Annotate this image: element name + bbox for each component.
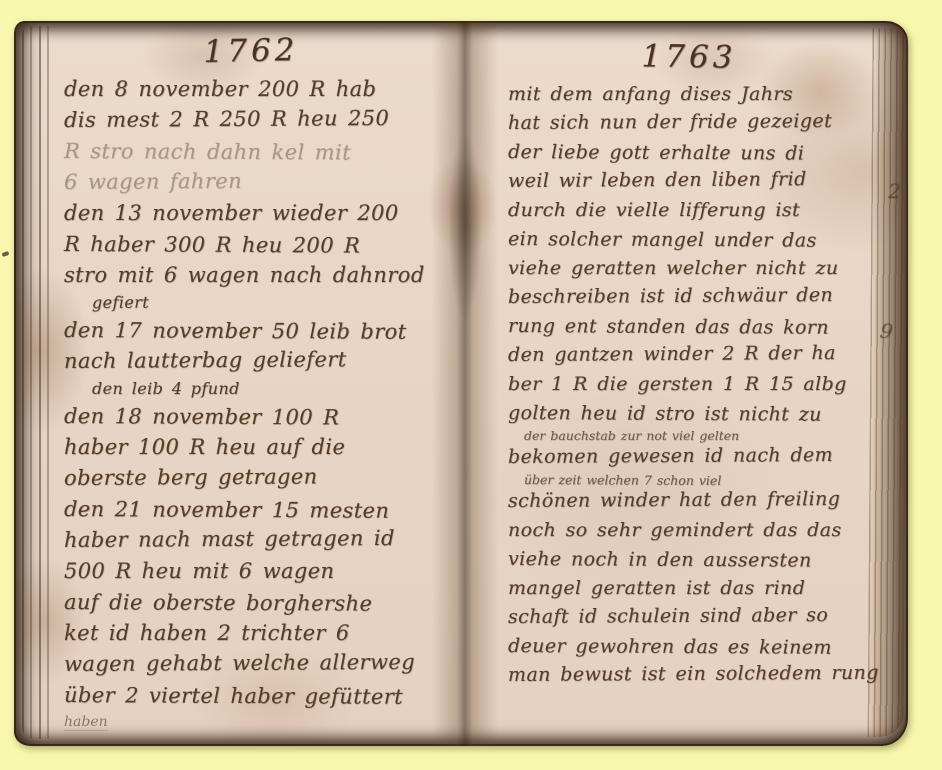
manuscript-line: weil wir leben den liben frid	[508, 165, 884, 196]
manuscript-book: 1762 den 8 november 200 R habdis mest 2 …	[14, 21, 908, 746]
manuscript-line: golten heu id stro ist nicht zu	[508, 399, 884, 430]
manuscript-line: bekomen gewesen id nach dem	[508, 441, 884, 472]
manuscript-line: mangel geratten ist das rind	[508, 574, 884, 603]
manuscript-line: hat sich nun der fride gezeiget	[508, 107, 884, 138]
manuscript-line: ein solcher mangel under das	[508, 225, 884, 256]
manuscript-line: schaft id schulein sind aber so	[508, 601, 884, 632]
manuscript-line: noch so sehr gemindert das das	[508, 516, 884, 545]
margin-mark-2: 2	[888, 179, 901, 203]
manuscript-line: 500 R heu mit 6 wagen	[64, 556, 452, 587]
left-page-text: den 8 november 200 R habdis mest 2 R 250…	[50, 74, 452, 711]
manuscript-line: den leib 4 pfund	[92, 377, 452, 401]
manuscript-line: R haber 300 R heu 200 R	[64, 229, 452, 262]
manuscript-line: den 13 november wieder 200	[64, 198, 452, 229]
manuscript-line: schönen winder hat den freiling	[508, 485, 884, 516]
right-page-text: mit dem anfang dises Jahrshat sich nun d…	[494, 80, 884, 690]
left-year-heading: 1762	[50, 29, 453, 73]
stray-ink-mark	[2, 251, 10, 257]
manuscript-line: nach lautterbag geliefert	[64, 344, 452, 377]
manuscript-line: über 2 viertel haber gefüttert	[64, 680, 452, 713]
manuscript-line: viehe noch in den aussersten	[508, 545, 884, 576]
right-year-heading: 1763	[494, 36, 884, 77]
manuscript-line: beschreiben ist id schwäur den	[508, 281, 884, 312]
manuscript-line: gefiert	[92, 289, 452, 315]
manuscript-line: auf die oberste borghershe	[64, 587, 452, 620]
manuscript-line: mit dem anfang dises Jahrs	[508, 80, 884, 109]
right-page: 1763 mit dem anfang dises Jahrshat sich …	[494, 21, 884, 746]
manuscript-line: den 18 november 100 R	[64, 401, 452, 434]
manuscript-line: ket id haben 2 trichter 6	[64, 618, 452, 649]
scan-background: 1762 den 8 november 200 R habdis mest 2 …	[0, 0, 942, 770]
manuscript-line: den gantzen winder 2 R der ha	[508, 339, 884, 370]
manuscript-line: oberste berg getragen	[64, 461, 452, 494]
manuscript-line: haber 100 R heu auf die	[64, 432, 452, 463]
manuscript-line: man bewust ist ein solchedem rung	[508, 659, 884, 690]
manuscript-line: haber nach mast getragen id	[64, 523, 452, 556]
manuscript-line: viehe geratten welcher nicht zu	[508, 254, 884, 283]
manuscript-line: den 8 november 200 R hab	[64, 74, 452, 105]
manuscript-line: dis mest 2 R 250 R heu 250	[64, 103, 452, 136]
manuscript-line: ber 1 R die gersten 1 R 15 albg	[508, 370, 884, 399]
manuscript-line: wagen gehabt welche allerweg	[64, 647, 452, 680]
manuscript-line: durch die vielle lifferung ist	[508, 196, 884, 225]
left-page: 1762 den 8 november 200 R habdis mest 2 …	[50, 21, 452, 746]
manuscript-line: stro mit 6 wagen nach dahnrod	[64, 260, 452, 291]
manuscript-line: 6 wagen fahren	[64, 165, 452, 198]
catchword: haben	[64, 714, 108, 731]
